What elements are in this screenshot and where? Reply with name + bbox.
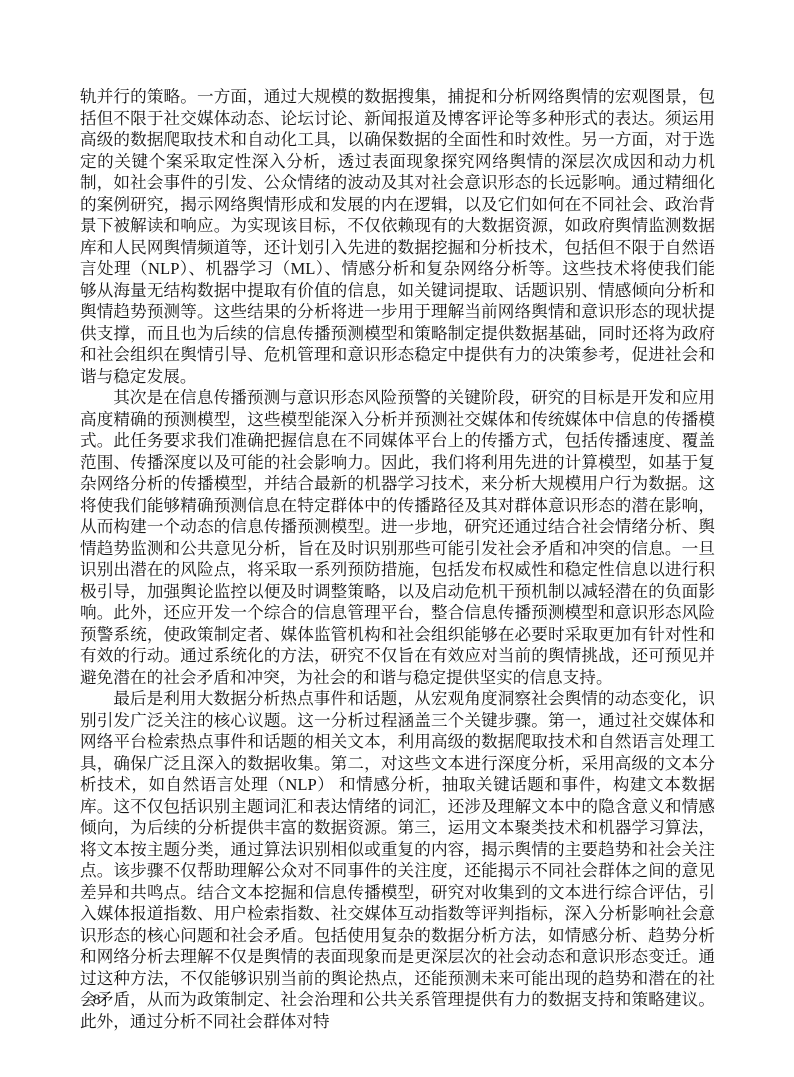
page-number: ·8· xyxy=(86,992,110,1009)
document-page: 轨并行的策略。一方面，通过大规模的数据搜集，捕捉和分析网络舆情的宏观图景，包括但… xyxy=(0,0,794,1077)
body-text: 轨并行的策略。一方面，通过大规模的数据搜集，捕捉和分析网络舆情的宏观图景，包括但… xyxy=(80,86,715,1032)
paragraph-second: 其次是在信息传播预测与意识形态风险预警的关键阶段，研究的目标是开发和应用高度精确… xyxy=(80,387,715,688)
paragraph-continuation: 轨并行的策略。一方面，通过大规模的数据搜集，捕捉和分析网络舆情的宏观图景，包括但… xyxy=(80,86,715,387)
paragraph-third: 最后是利用大数据分析热点事件和话题，从宏观角度洞察社会舆情的动态变化，识别引发广… xyxy=(80,688,715,1032)
